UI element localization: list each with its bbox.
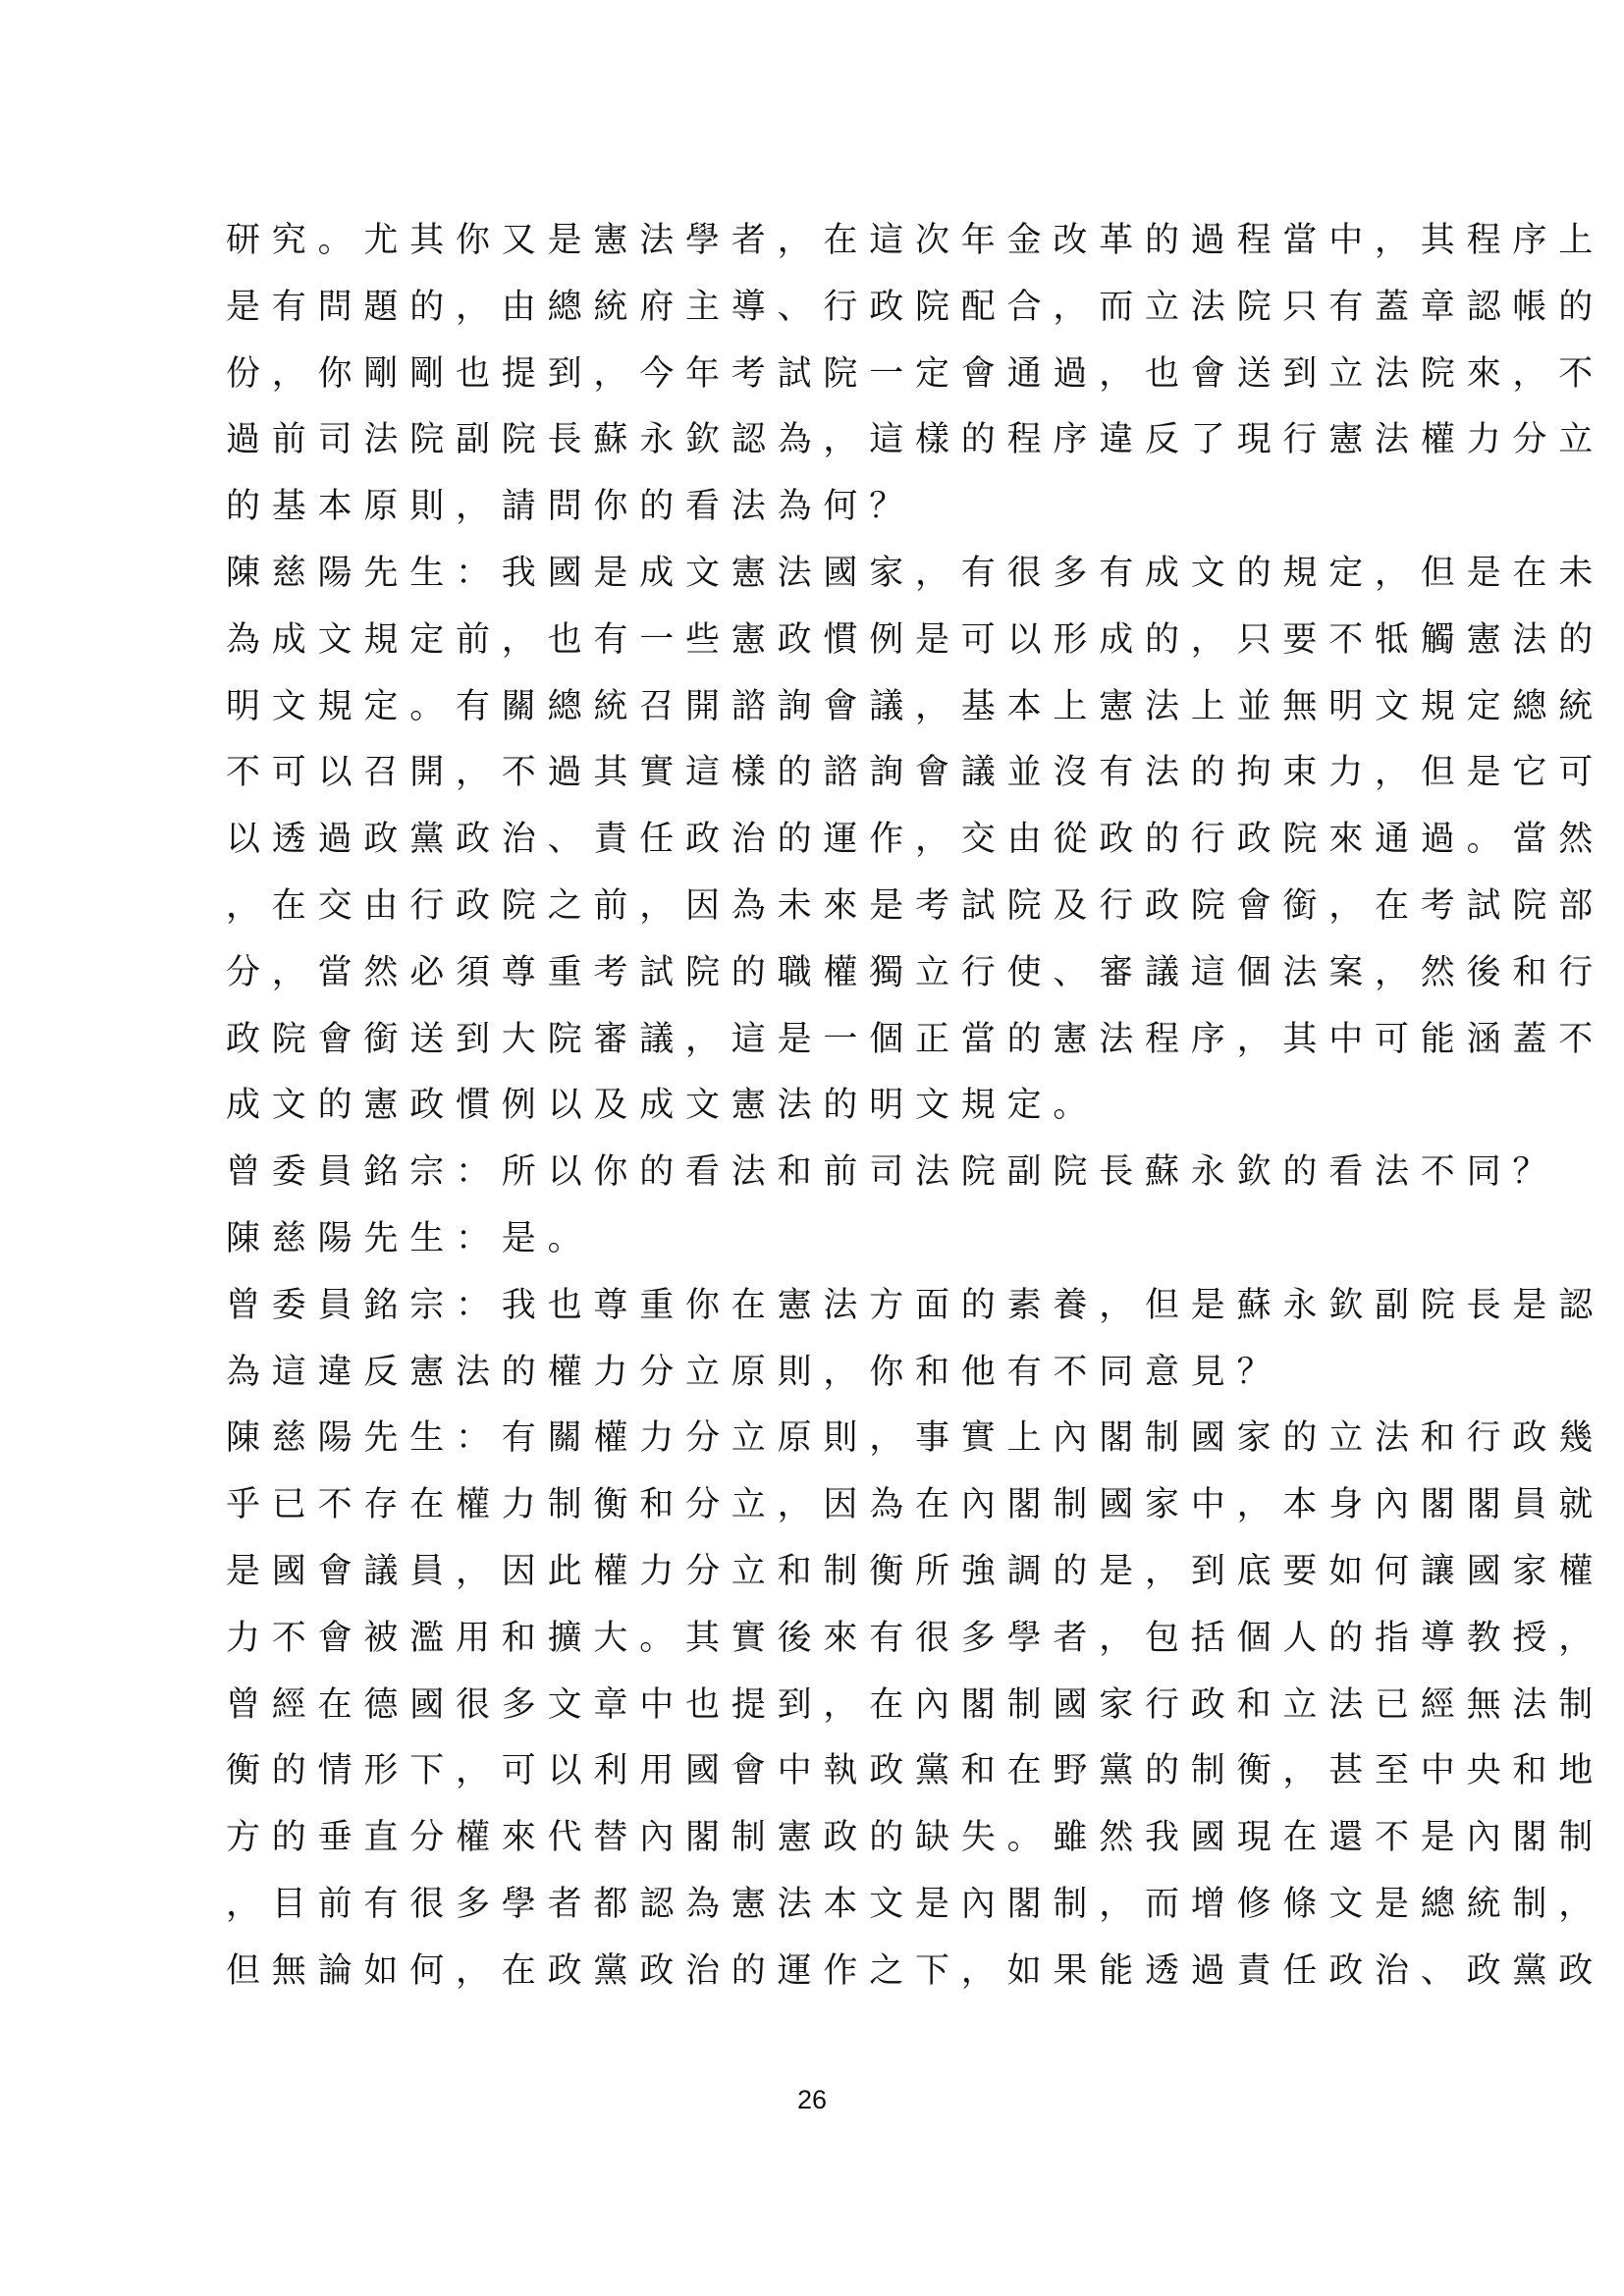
text-line: 曾委員銘宗：所以你的看法和前司法院副院長蘇永欽的看法不同？ — [226, 1140, 1396, 1206]
document-page: 研究。尤其你又是憲法學者，在這次年金改革的過程當中，其程序上 是有問題的，由總統… — [0, 0, 1624, 2296]
text-line: 明文規定。有關總統召開諮詢會議，基本上憲法上並無明文規定總統 — [226, 674, 1396, 741]
text-line: ，在交由行政院之前，因為未來是考試院及行政院會銜，在考試院部 — [226, 874, 1396, 940]
text-line: 是有問題的，由總統府主導、行政院配合，而立法院只有蓋章認帳的 — [226, 275, 1396, 342]
transcript-body: 研究。尤其你又是憲法學者，在這次年金改革的過程當中，其程序上 是有問題的，由總統… — [226, 208, 1396, 2005]
text-line: 乎已不存在權力制衡和分立，因為在內閣制國家中，本身內閣閣員就 — [226, 1472, 1396, 1539]
text-line: 是國會議員，因此權力分立和制衡所強調的是，到底要如何讓國家權 — [226, 1539, 1396, 1606]
text-line: 為這違反憲法的權力分立原則，你和他有不同意見？ — [226, 1340, 1396, 1407]
text-line: 方的垂直分權來代替內閣制憲政的缺失。雖然我國現在還不是內閣制 — [226, 1805, 1396, 1872]
text-line: 成文的憲政慣例以及成文憲法的明文規定。 — [226, 1073, 1396, 1140]
text-line: 曾經在德國很多文章中也提到，在內閣制國家行政和立法已經無法制 — [226, 1673, 1396, 1739]
text-line: 陳慈陽先生：我國是成文憲法國家，有很多有成文的規定，但是在未 — [226, 541, 1396, 608]
text-line: 曾委員銘宗：我也尊重你在憲法方面的素養，但是蘇永欽副院長是認 — [226, 1273, 1396, 1340]
text-line: 的基本原則，請問你的看法為何？ — [226, 474, 1396, 541]
text-line: 份，你剛剛也提到，今年考試院一定會通過，也會送到立法院來，不 — [226, 342, 1396, 408]
text-line: 過前司法院副院長蘇永欽認為，這樣的程序違反了現行憲法權力分立 — [226, 407, 1396, 474]
text-line: 陳慈陽先生：有關權力分立原則，事實上內閣制國家的立法和行政幾 — [226, 1406, 1396, 1472]
text-line: 陳慈陽先生：是。 — [226, 1206, 1396, 1273]
text-line: 但無論如何，在政黨政治的運作之下，如果能透過責任政治、政黨政 — [226, 1939, 1396, 2005]
page-number: 26 — [0, 2085, 1624, 2115]
text-line: 分，當然必須尊重考試院的職權獨立行使、審議這個法案，然後和行 — [226, 940, 1396, 1007]
text-line: 政院會銜送到大院審議，這是一個正當的憲法程序，其中可能涵蓋不 — [226, 1007, 1396, 1074]
text-line: 為成文規定前，也有一些憲政慣例是可以形成的，只要不牴觸憲法的 — [226, 608, 1396, 674]
text-line: 衡的情形下，可以利用國會中執政黨和在野黨的制衡，甚至中央和地 — [226, 1738, 1396, 1805]
text-line: 研究。尤其你又是憲法學者，在這次年金改革的過程當中，其程序上 — [226, 208, 1396, 275]
text-line: 不可以召開，不過其實這樣的諮詢會議並沒有法的拘束力，但是它可 — [226, 740, 1396, 807]
text-line: 以透過政黨政治、責任政治的運作，交由從政的行政院來通過。當然 — [226, 807, 1396, 874]
text-line: ，目前有很多學者都認為憲法本文是內閣制，而增修條文是總統制， — [226, 1872, 1396, 1939]
text-line: 力不會被濫用和擴大。其實後來有很多學者，包括個人的指導教授， — [226, 1606, 1396, 1673]
